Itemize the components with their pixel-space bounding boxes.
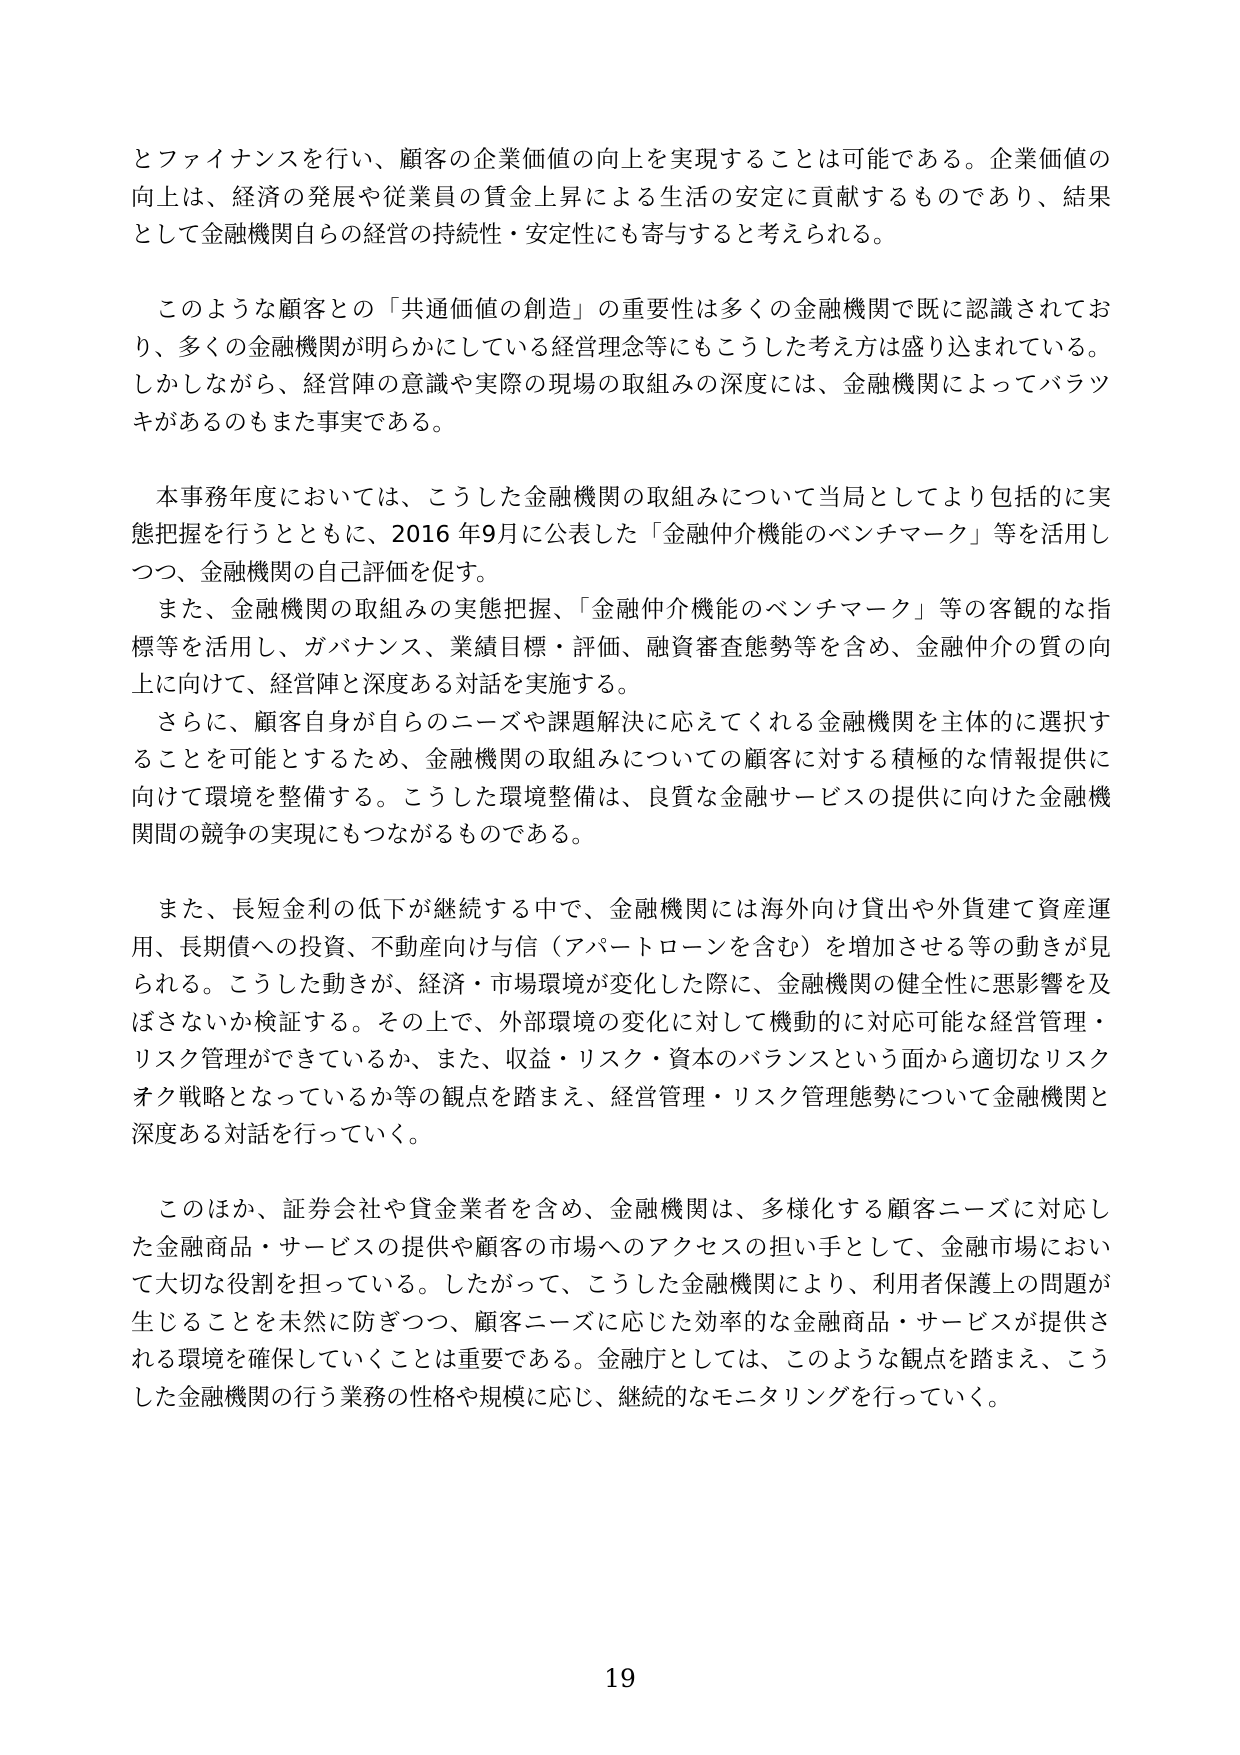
text-line: さらに、顧客自身が自らのニーズや課題解決に応えてくれる金融機関を主体的に選択す	[131, 704, 1111, 742]
text-line: イク戦略となっているか等の観点を踏まえ、経営管理・リスク管理態勢について金融機関…	[131, 1079, 1111, 1117]
text-line: このような顧客との「共通価値の創造」の重要性は多くの金融機関で既に認識されてお	[131, 291, 1111, 329]
document-page: とファイナンスを行い、顧客の企業価値の向上を実現することは可能である。企業価値の…	[0, 0, 1240, 1755]
paragraph: さらに、顧客自身が自らのニーズや課題解決に応えてくれる金融機関を主体的に選択す …	[131, 704, 1111, 854]
paragraph-group: このほか、証券会社や貸金業者を含め、金融機関は、多様化する顧客ニーズに対応し た…	[131, 1191, 1111, 1416]
text-line: 用、長期債への投資、不動産向け与信（アパートローンを含む）を増加させる等の動きが…	[131, 929, 1111, 967]
text-line: リスク管理ができているか、また、収益・リスク・資本のバランスという面から適切なリ…	[131, 1041, 1111, 1079]
text-line: このほか、証券会社や貸金業者を含め、金融機関は、多様化する顧客ニーズに対応し	[131, 1191, 1111, 1229]
paragraph: 本事務年度においては、こうした金融機関の取組みについて当局としてより包括的に実 …	[131, 479, 1111, 592]
text-line: 生じることを未然に防ぎつつ、顧客ニーズに応じた効率的な金融商品・サービスが提供さ	[131, 1304, 1111, 1342]
paragraph-group: とファイナンスを行い、顧客の企業価値の向上を実現することは可能である。企業価値の…	[131, 141, 1111, 254]
text-line: キがあるのもまた事実である。	[131, 404, 1111, 442]
text-line: ぼさないか検証する。その上で、外部環境の変化に対して機動的に対応可能な経営管理・	[131, 1004, 1111, 1042]
paragraph-group: このような顧客との「共通価値の創造」の重要性は多くの金融機関で既に認識されてお …	[131, 291, 1111, 441]
paragraph: このほか、証券会社や貸金業者を含め、金融機関は、多様化する顧客ニーズに対応し た…	[131, 1191, 1111, 1416]
text-line: 本事務年度においては、こうした金融機関の取組みについて当局としてより包括的に実	[131, 479, 1111, 517]
text-line: 態把握を行うとともに、2016 年9月に公表した「金融仲介機能のベンチマーク」等…	[131, 516, 1111, 554]
text-line: 標等を活用し、ガバナンス、業績目標・評価、融資審査態勢等を含め、金融仲介の質の向	[131, 629, 1111, 667]
text-line: れる環境を確保していくことは重要である。金融庁としては、このような観点を踏まえ、…	[131, 1341, 1111, 1379]
paragraph-group: 本事務年度においては、こうした金融機関の取組みについて当局としてより包括的に実 …	[131, 479, 1111, 854]
text-line: として金融機関自らの経営の持続性・安定性にも寄与すると考えられる。	[131, 216, 1111, 254]
text-line: 深度ある対話を行っていく。	[131, 1116, 1111, 1154]
page-body: とファイナンスを行い、顧客の企業価値の向上を実現することは可能である。企業価値の…	[131, 141, 1111, 1416]
text-line: り、多くの金融機関が明らかにしている経営理念等にもこうした考え方は盛り込まれてい…	[131, 329, 1111, 367]
paragraph: また、長短金利の低下が継続する中で、金融機関には海外向け貸出や外貨建て資産運 用…	[131, 891, 1111, 1154]
text-line: て大切な役割を担っている。したがって、こうした金融機関により、利用者保護上の問題…	[131, 1266, 1111, 1304]
text-line: 関間の競争の実現にもつながるものである。	[131, 816, 1111, 854]
text-line: また、長短金利の低下が継続する中で、金融機関には海外向け貸出や外貨建て資産運	[131, 891, 1111, 929]
text-line: とファイナンスを行い、顧客の企業価値の向上を実現することは可能である。企業価値の	[131, 141, 1111, 179]
text-line: つつ、金融機関の自己評価を促す。	[131, 554, 1111, 592]
paragraph: また、金融機関の取組みの実態把握、「金融仲介機能のベンチマーク」等の客観的な指 …	[131, 591, 1111, 704]
paragraph-group: また、長短金利の低下が継続する中で、金融機関には海外向け貸出や外貨建て資産運 用…	[131, 891, 1111, 1154]
text-line: 向上は、経済の発展や従業員の賃金上昇による生活の安定に貢献するものであり、結果	[131, 179, 1111, 217]
text-line: た金融商品・サービスの提供や顧客の市場へのアクセスの担い手として、金融市場におい	[131, 1229, 1111, 1267]
paragraph: とファイナンスを行い、顧客の企業価値の向上を実現することは可能である。企業価値の…	[131, 141, 1111, 254]
text-line: ることを可能とするため、金融機関の取組みについての顧客に対する積極的な情報提供に	[131, 741, 1111, 779]
text-line: した金融機関の行う業務の性格や規模に応じ、継続的なモニタリングを行っていく。	[131, 1379, 1111, 1417]
text-line: 上に向けて、経営陣と深度ある対話を実施する。	[131, 666, 1111, 704]
paragraph: このような顧客との「共通価値の創造」の重要性は多くの金融機関で既に認識されてお …	[131, 291, 1111, 441]
text-line: 向けて環境を整備する。こうした環境整備は、良質な金融サービスの提供に向けた金融機	[131, 779, 1111, 817]
text-line: しかしながら、経営陣の意識や実際の現場の取組みの深度には、金融機関によってバラツ	[131, 366, 1111, 404]
text-line: また、金融機関の取組みの実態把握、「金融仲介機能のベンチマーク」等の客観的な指	[131, 591, 1111, 629]
text-line: られる。こうした動きが、経済・市場環境が変化した際に、金融機関の健全性に悪影響を…	[131, 966, 1111, 1004]
page-number: 19	[0, 1664, 1240, 1693]
